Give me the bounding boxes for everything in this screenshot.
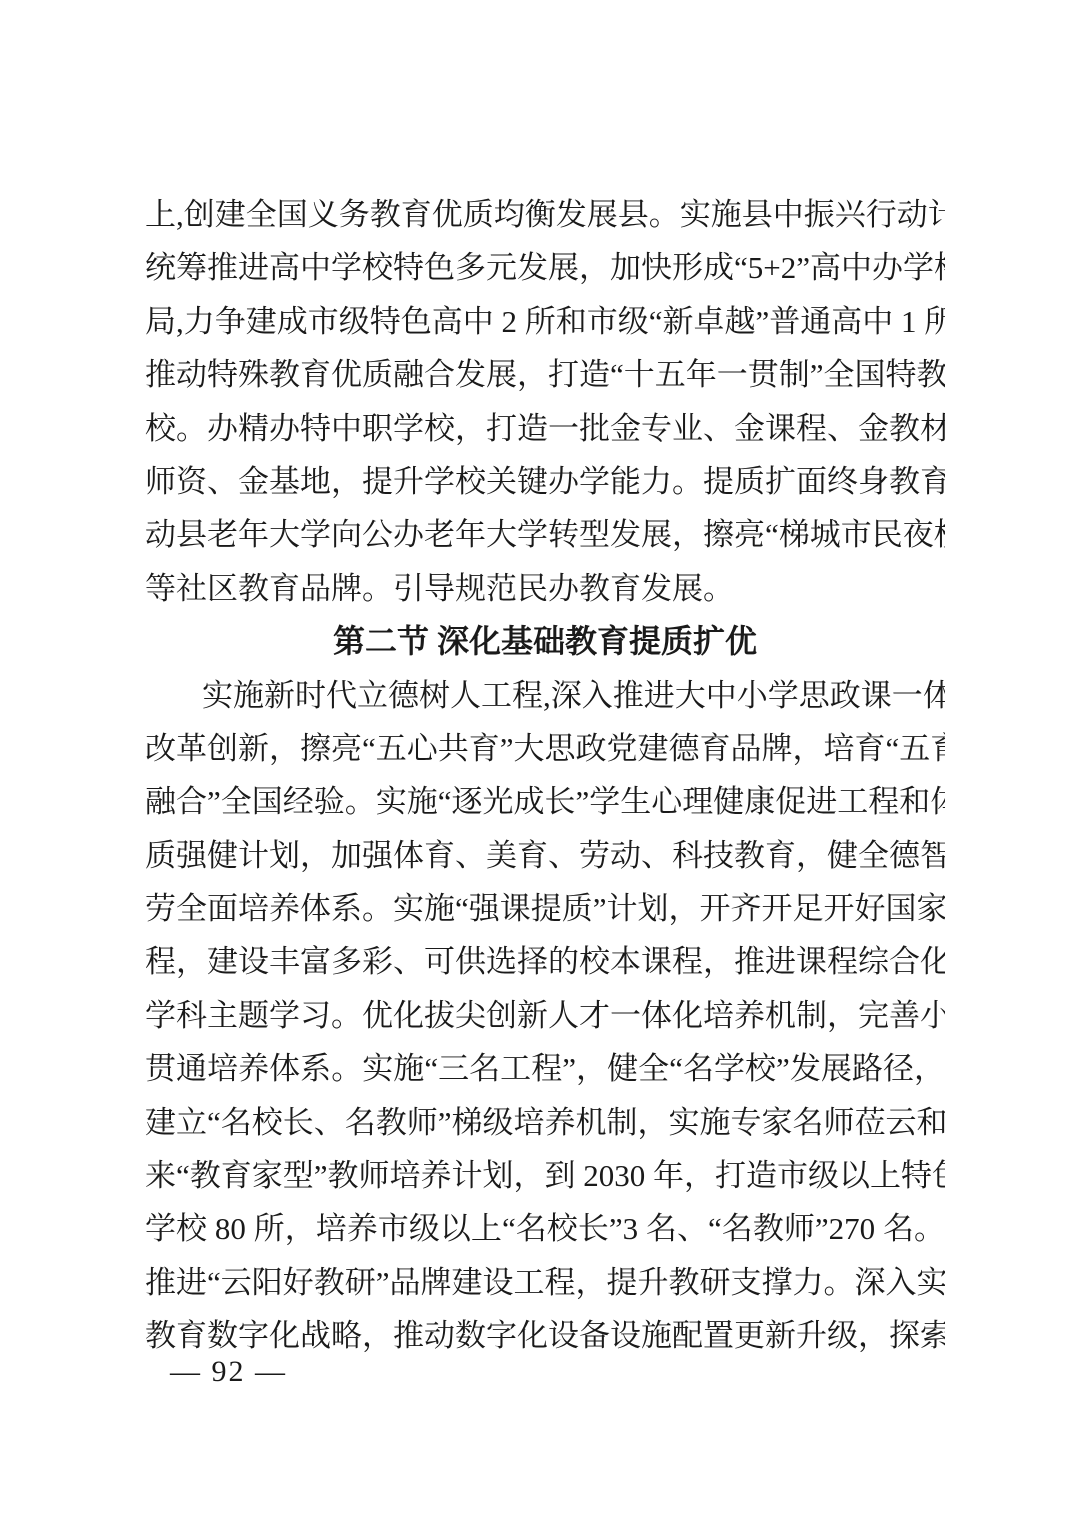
text-line: 改革创新，擦亮“五心共育”大思政党建德育品牌，培育“五育 xyxy=(145,722,945,775)
text-line: 建立“名校长、名教师”梯级培养机制，实施专家名师莅云和未 xyxy=(145,1096,945,1149)
text-line: 质强健计划，加强体育、美育、劳动、科技教育，健全德智体美 xyxy=(145,829,945,882)
text-line: 学科主题学习。优化拔尖创新人才一体化培养机制，完善小初高 xyxy=(145,989,945,1042)
text-line: 推动特殊教育优质融合发展，打造“十五年一贯制”全国特教名 xyxy=(145,348,945,401)
section-heading: 第二节 深化基础教育提质扩优 xyxy=(145,615,945,668)
document-page: 上,创建全国义务教育优质均衡发展县。实施县中振兴行动计划，统筹推进高中学校特色多… xyxy=(0,0,1074,1520)
text-line: 上,创建全国义务教育优质均衡发展县。实施县中振兴行动计划， xyxy=(145,188,945,241)
text-line: 等社区教育品牌。引导规范民办教育发展。 xyxy=(145,562,945,615)
text-line: 师资、金基地，提升学校关键办学能力。提质扩面终身教育，推 xyxy=(145,455,945,508)
text-line: 劳全面培养体系。实施“强课提质”计划，开齐开足开好国家课 xyxy=(145,882,945,935)
text-line: 程，建设丰富多彩、可供选择的校本课程，推进课程综合化和跨 xyxy=(145,935,945,988)
text-line: 贯通培养体系。实施“三名工程”，健全“名学校”发展路径， xyxy=(145,1042,945,1095)
text-line: 融合”全国经验。实施“逐光成长”学生心理健康促进工程和体 xyxy=(145,775,945,828)
text-line: 来“教育家型”教师培养计划，到 2030 年，打造市级以上特色 xyxy=(145,1149,945,1202)
text-line: 局,力争建成市级特色高中 2 所和市级“新卓越”普通高中 1 所。 xyxy=(145,295,945,348)
text-line: 动县老年大学向公办老年大学转型发展，擦亮“梯城市民夜校” xyxy=(145,508,945,561)
text-line: 统筹推进高中学校特色多元发展，加快形成“5+2”高中办学格 xyxy=(145,241,945,294)
text-line: 校。办精办特中职学校，打造一批金专业、金课程、金教材、金 xyxy=(145,402,945,455)
text-line: 实施新时代立德树人工程,深入推进大中小学思政课一体化 xyxy=(145,669,945,722)
text-line: 推进“云阳好教研”品牌建设工程，提升教研支撑力。深入实施 xyxy=(145,1256,945,1309)
page-number-footer: — 92 — xyxy=(170,1352,287,1392)
text-line: 学校 80 所，培养市级以上“名校长”3 名、“名教师”270 名。 xyxy=(145,1202,945,1255)
text-block: 上,创建全国义务教育优质均衡发展县。实施县中振兴行动计划，统筹推进高中学校特色多… xyxy=(145,188,945,1363)
